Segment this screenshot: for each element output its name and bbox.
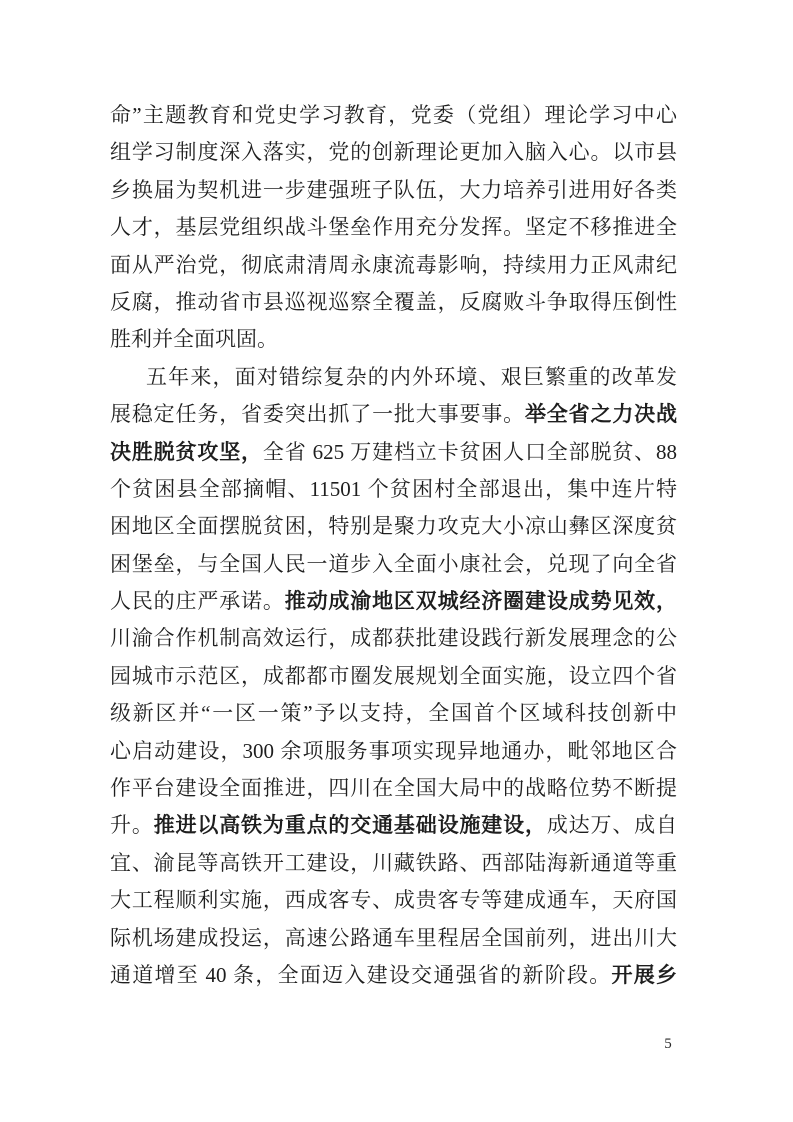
text-run: 通道增至 40 条，全面迈入建设交通强省的新阶段。 — [110, 963, 611, 987]
bold-text-run: 推进以高铁为重点的交通基础设施建设， — [154, 813, 547, 837]
text-run: 乡换届为契机进一步建强班子队伍，大力培养引进用好各类 — [110, 178, 677, 202]
text-line: 困堡垒，与全国人民一道步入全面小康社会，兑现了向全省 — [110, 546, 677, 583]
text-line: 命”主题教育和党史学习教育，党委（党组）理论学习中心 — [110, 97, 677, 134]
text-run: 人才，基层党组织战斗堡垒作用充分发挥。坚定不移推进全 — [110, 215, 677, 239]
text-line: 大工程顺利实施，西成客专、成贵客专等建成通车，天府国 — [110, 882, 677, 919]
bold-text-run: 决胜脱贫攻坚， — [110, 440, 263, 464]
bold-text-run: 举全省之力决战 — [525, 402, 677, 426]
text-line: 人民的庄严承诺。推动成渝地区双城经济圈建设成势见效， — [110, 583, 677, 620]
text-run: 升。 — [110, 813, 154, 837]
text-run: 园城市示范区，成都都市圈发展规划全面实施，设立四个省 — [110, 664, 677, 688]
text-line: 际机场建成投运，高速公路通车里程居全国前列，进出川大 — [110, 920, 677, 957]
bold-text-run: 推动成渝地区双城经济圈建设成势见效， — [285, 589, 677, 613]
text-line: 人才，基层党组织战斗堡垒作用充分发挥。坚定不移推进全 — [110, 209, 677, 246]
text-line: 面从严治党，彻底肃清周永康流毒影响，持续用力正风肃纪 — [110, 247, 677, 284]
text-line: 川渝合作机制高效运行，成都获批建设践行新发展理念的公 — [110, 620, 677, 657]
bold-text-run: 开展乡 — [611, 963, 677, 987]
text-run: 展稳定任务，省委突出抓了一批大事要事。 — [110, 402, 525, 426]
text-run: 成达万、成自 — [547, 813, 677, 837]
text-run: 个贫困县全部摘帽、11501 个贫困村全部退出，集中连片特 — [110, 477, 677, 501]
text-run: 胜利并全面巩固。 — [110, 327, 278, 351]
document-body: 命”主题教育和党史学习教育，党委（党组）理论学习中心组学习制度深入落实，党的创新… — [110, 97, 677, 994]
text-run: 人民的庄严承诺。 — [110, 589, 285, 613]
text-run: 级新区并“一区一策”予以支持，全国首个区域科技创新中 — [110, 701, 677, 725]
text-run: 命”主题教育和党史学习教育，党委（党组）理论学习中心 — [110, 103, 677, 127]
text-line: 升。推进以高铁为重点的交通基础设施建设，成达万、成自 — [110, 807, 677, 844]
text-run: 困地区全面摆脱贫困，特别是聚力攻克大小凉山彝区深度贫 — [110, 514, 677, 538]
text-line: 园城市示范区，成都都市圈发展规划全面实施，设立四个省 — [110, 658, 677, 695]
text-run: 大工程顺利实施，西成客专、成贵客专等建成通车，天府国 — [110, 888, 677, 912]
text-run: 困堡垒，与全国人民一道步入全面小康社会，兑现了向全省 — [110, 552, 677, 576]
text-line: 五年来，面对错综复杂的内外环境、艰巨繁重的改革发 — [110, 359, 677, 396]
text-line: 级新区并“一区一策”予以支持，全国首个区域科技创新中 — [110, 695, 677, 732]
text-run: 心启动建设，300 余项服务事项实现异地通办，毗邻地区合 — [110, 739, 677, 763]
text-line: 作平台建设全面推进，四川在全国大局中的战略位势不断提 — [110, 770, 677, 807]
document-page: 命”主题教育和党史学习教育，党委（党组）理论学习中心组学习制度深入落实，党的创新… — [0, 0, 793, 1122]
text-line: 胜利并全面巩固。 — [110, 321, 677, 358]
text-line: 宜、渝昆等高铁开工建设，川藏铁路、西部陆海新通道等重 — [110, 845, 677, 882]
text-line: 乡换届为契机进一步建强班子队伍，大力培养引进用好各类 — [110, 172, 677, 209]
page-number: 5 — [654, 1036, 682, 1053]
text-line: 反腐，推动省市县巡视巡察全覆盖，反腐败斗争取得压倒性 — [110, 284, 677, 321]
text-run: 组学习制度深入落实，党的创新理论更加入脑入心。以市县 — [110, 140, 677, 164]
text-run: 面从严治党，彻底肃清周永康流毒影响，持续用力正风肃纪 — [110, 253, 677, 277]
text-run: 作平台建设全面推进，四川在全国大局中的战略位势不断提 — [110, 776, 677, 800]
text-run: 全省 625 万建档立卡贫困人口全部脱贫、88 — [263, 440, 677, 464]
text-line: 组学习制度深入落实，党的创新理论更加入脑入心。以市县 — [110, 134, 677, 171]
text-run: 反腐，推动省市县巡视巡察全覆盖，反腐败斗争取得压倒性 — [110, 290, 677, 314]
text-run: 川渝合作机制高效运行，成都获批建设践行新发展理念的公 — [110, 626, 677, 650]
text-line: 心启动建设，300 余项服务事项实现异地通办，毗邻地区合 — [110, 733, 677, 770]
text-line: 展稳定任务，省委突出抓了一批大事要事。举全省之力决战 — [110, 396, 677, 433]
text-line: 决胜脱贫攻坚，全省 625 万建档立卡贫困人口全部脱贫、88 — [110, 434, 677, 471]
text-line: 通道增至 40 条，全面迈入建设交通强省的新阶段。开展乡 — [110, 957, 677, 994]
text-line: 困地区全面摆脱贫困，特别是聚力攻克大小凉山彝区深度贫 — [110, 508, 677, 545]
text-run: 际机场建成投运，高速公路通车里程居全国前列，进出川大 — [110, 926, 677, 950]
text-run: 五年来，面对错综复杂的内外环境、艰巨繁重的改革发 — [146, 365, 677, 389]
text-line: 个贫困县全部摘帽、11501 个贫困村全部退出，集中连片特 — [110, 471, 677, 508]
text-run: 宜、渝昆等高铁开工建设，川藏铁路、西部陆海新通道等重 — [110, 851, 677, 875]
